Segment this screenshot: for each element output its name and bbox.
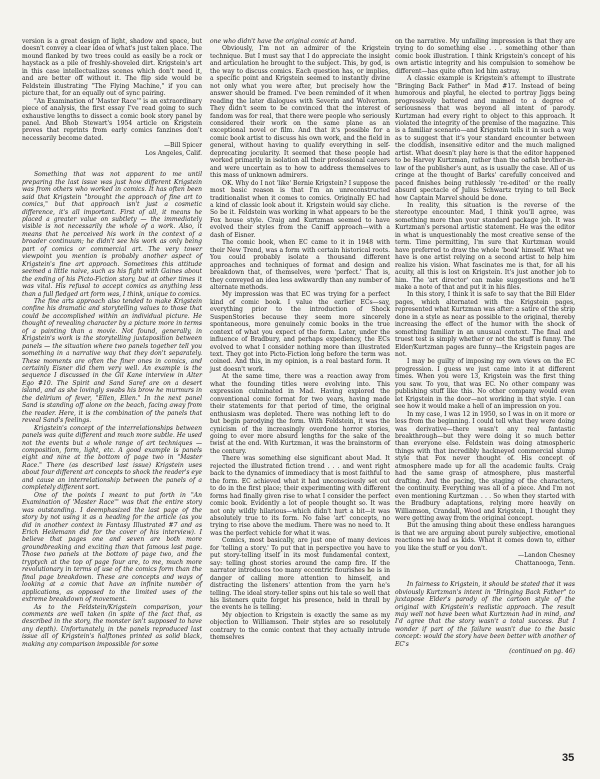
letter-paragraph: I may be guilty of imposing my own views…	[395, 358, 575, 410]
column-left: version is a great design of light, shad…	[22, 38, 202, 648]
letter-signature-location: Los Angeles, Calif.	[22, 150, 202, 157]
page-number: 35	[562, 752, 574, 764]
section-gap	[395, 567, 575, 581]
editor-reply-paragraph: The fine arts approach also tended to ma…	[22, 298, 202, 425]
letter-paragraph: My impression was that EC was trying for…	[210, 291, 390, 373]
column-right: on the narrative. My unfailing impressio…	[395, 38, 575, 656]
letter-paragraph: OK. Why do I not 'like' Bernie Krigstein…	[210, 180, 390, 240]
letter-paragraph: In this story, I think it is safe to say…	[395, 291, 575, 358]
editor-reply-paragraph: As to the Feldstein/Krigstein comparison…	[22, 604, 202, 649]
editor-reply-paragraph: Something that was not apparent to me un…	[22, 171, 202, 298]
letter-paragraph: "An Examination of 'Master Race'" is an …	[22, 98, 202, 143]
letter-paragraph: My objection to Krigstein is exactly the…	[210, 612, 390, 642]
continued-note: (continued on pg. 46)	[395, 648, 575, 655]
letter-paragraph: At the same time, there was a reaction a…	[210, 373, 390, 455]
letter-paragraph: In my case, I was 12 in 1950, so I was i…	[395, 411, 575, 523]
magazine-page: version is a great design of light, shad…	[0, 0, 600, 779]
letter-signature-name: —Bill Spicer	[22, 142, 202, 149]
editor-reply-paragraph: One of the points I meant to put forth i…	[22, 492, 202, 604]
letter-paragraph: version is a great design of light, shad…	[22, 38, 202, 98]
letter-paragraph: But the amusing thing about these endles…	[395, 522, 575, 552]
letter-signature-location: Chattanooga, Tenn.	[395, 560, 575, 567]
editor-reply-paragraph: one who didn't have the original comic a…	[210, 38, 390, 45]
letter-signature-name: —Landon Chesney	[395, 552, 575, 559]
letter-paragraph: Obviously, I'm not an admirer of the Kri…	[210, 45, 390, 179]
column-middle: one who didn't have the original comic a…	[210, 38, 390, 642]
editor-reply-paragraph: Krigstein's concept of the interrelation…	[22, 425, 202, 492]
section-gap	[22, 157, 202, 171]
editor-reply-paragraph: In fairness to Krigstein, it should be s…	[395, 581, 575, 648]
letter-paragraph: In reality, this situation is the revers…	[395, 202, 575, 291]
letter-paragraph: There was something else significant abo…	[210, 455, 390, 537]
letter-paragraph: The comic book, when EC came to it in 19…	[210, 239, 390, 291]
letter-paragraph: A classic example is Krigstein's attempt…	[395, 75, 575, 202]
letter-paragraph: on the narrative. My unfailing impressio…	[395, 38, 575, 75]
letter-paragraph: Comics, most basically, are just one of …	[210, 537, 390, 612]
